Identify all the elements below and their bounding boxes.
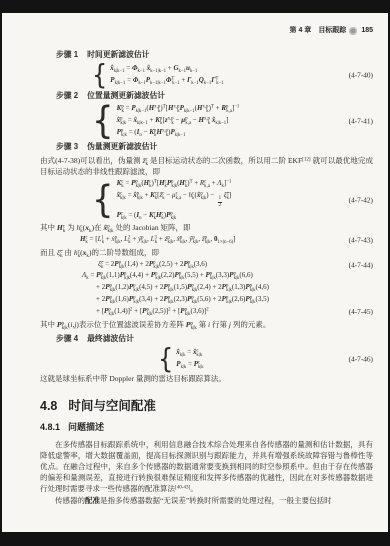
- equation-line: Λk = Ppk|k(1,1)Ppk|k(4,4) + Ppk|k(2,2)Pp…: [82, 271, 269, 281]
- equation-line: x̂pk|k = x̂k|k−1 + Kpk[zx,pk − μpk,a − H…: [117, 116, 240, 126]
- equation-line: x̂k|k−1 = Φk−1 x̂k−1|k−1 + Gk−1uk−1: [110, 64, 223, 74]
- left-brace: {: [158, 345, 173, 373]
- running-title: 目标跟踪: [318, 26, 346, 35]
- equation-4-7-45: Λk = Ppk|k(1,1)Ppk|k(4,4) + Ppk|k(2,2)Pp…: [40, 271, 373, 317]
- step-heading-3: 步骤 3伪量测更新滤波估计: [40, 142, 373, 152]
- equation-line: Hck = [L1k + ẋpk|k, L2k + ẏpk|k, L3k + ż…: [80, 235, 236, 245]
- step-heading-1: 步骤 1时间更新滤波估计: [40, 50, 373, 60]
- chapter-badge-icon: [349, 27, 357, 35]
- page-number: 185: [361, 26, 373, 35]
- screenshot-root: { "colors": { "frame_bg": "#131313", "pa…: [0, 0, 390, 546]
- page-content: 第 4 章 目标跟踪 185 步骤 1时间更新滤波估计 { x̂k|k−1 = …: [2, 13, 388, 532]
- equation-4-7-44: ξ̃ck = 2Ppk|k(1,4) + 2Ppk|k(2,5) + 2Ppk|…: [40, 260, 373, 270]
- equation-line: Pk|k−1 = Φk−1Pk−1|k−1ΦTk−1 + Γk−1Qk−1ΓTk…: [110, 76, 223, 86]
- step-label: 步骤 2: [56, 91, 78, 100]
- step-title: 时间更新滤波估计: [87, 50, 149, 59]
- equation-line: x̂ck|k = x̂pk|k + Kck[z̃ck − μck,a − hck…: [117, 191, 232, 208]
- left-brace: {: [92, 61, 107, 89]
- paragraph-pseudo-measurement: 由式(4-7-38)可以看出，伪量测 z̃ck 是目标运动状态的二次函数，所以用…: [40, 155, 373, 177]
- paragraph-problem-description-1: 在多传感器目标跟踪系统中，利用信息融合技术综合处理来自各传感器的量测和估计数据，…: [40, 439, 373, 494]
- equation-line: Kpk = Pk|k−1(Hx,pk)T[Hx,pkPk|k−1(Hx,pk)T…: [117, 104, 240, 114]
- left-brace: {: [92, 102, 114, 139]
- subsection-heading-4-8-1: 4.8.1 问题描述: [40, 422, 373, 433]
- equation-4-7-42: { Kck = Ppk|k(Hck)T[HckPpk|k(Hck)T + Rck…: [40, 179, 373, 220]
- equation-4-7-40: { x̂k|k−1 = Φk−1 x̂k−1|k−1 + Gk−1uk−1 Pk…: [40, 63, 373, 87]
- book-page: 第 4 章 目标跟踪 185 步骤 1时间更新滤波估计 { x̂k|k−1 = …: [2, 13, 388, 532]
- step-title: 伪量测更新滤波估计: [87, 142, 157, 151]
- step-label: 步骤 4: [56, 334, 78, 343]
- step-heading-4: 步骤 4最终滤波估计: [40, 334, 373, 344]
- equation-line: Pck|k = (In − KckHck)Ppk|k: [117, 211, 232, 221]
- equation-number: (4-7-46): [349, 353, 373, 364]
- equation-number: (4-7-43): [349, 235, 373, 246]
- section-heading-4-8: 4.8 时间与空间配准: [40, 399, 373, 414]
- equation-line: Pk|k = Pck|k: [176, 360, 203, 370]
- subsection-number: 4.8.1: [40, 422, 60, 433]
- paragraph-problem-description-2: 传感器的配准是指多传感器数据“无误差”转换时所需要的处理过程，一般主要包括时: [40, 495, 373, 506]
- step-label: 步骤 1: [56, 50, 78, 59]
- paragraph-doppler-conclusion: 这就是球坐标系中带 Doppler 量测的雷达目标跟踪算法。: [40, 373, 373, 384]
- page-header: 第 4 章 目标跟踪 185: [40, 26, 373, 35]
- equation-line: + [Ppk|k(1,4)]2 + [Ppk|k(2,5)]2 + [Ppk|k…: [82, 307, 269, 317]
- equation-line: ξ̃ck = 2Ppk|k(1,4) + 2Ppk|k(2,5) + 2Ppk|…: [98, 260, 207, 270]
- equation-4-7-46: { x̂k|k = x̂ck|k Pk|k = Pck|k (4-7-46): [40, 347, 373, 371]
- equation-number: (4-7-40): [349, 70, 373, 81]
- equation-line: Kck = Ppk|k(Hck)T[HckPpk|k(Hck)T + Rck,a…: [117, 179, 232, 189]
- paragraph-covariance-element: 其中 Ppk|k(i,j)表示位于位置滤波误差协方差阵 Ppk|k 第 i 行第…: [40, 319, 373, 330]
- equation-line: + 2Ppk|k(1,6)Ppk|k(3,4) + 2Ppk|k(2,3)Ppk…: [82, 295, 269, 305]
- step-label: 步骤 3: [56, 142, 78, 151]
- equation-4-7-41: { Kpk = Pk|k−1(Hx,pk)T[Hx,pkPk|k−1(Hx,pk…: [40, 104, 373, 138]
- equation-line: + 2Ppk|k(1,2)Ppk|k(4,5) + 2Ppk|k(1,5)Ppk…: [82, 283, 269, 293]
- equation-4-7-43: Hck = [L1k + ẋpk|k, L2k + ẏpk|k, L3k + ż…: [40, 235, 373, 245]
- chapter-label: 第 4 章: [290, 26, 312, 35]
- paragraph-jacobian: 其中 Hck 为 hck(xk)在 x̂pk|k 处的 Jacobian 矩阵，…: [40, 222, 373, 233]
- paragraph-second-derivative: 而且 ξ̃ck 由 hck(xk)的二阶导数组成，即: [40, 247, 373, 258]
- step-heading-2: 步骤 2位置量测更新滤波估计: [40, 91, 373, 101]
- equation-number: (4-7-44): [349, 259, 373, 270]
- equation-number: (4-7-41): [349, 116, 373, 127]
- equation-line: Ppk|k = (In − KpkHx,pk)Pk|k−1: [117, 128, 240, 138]
- section-number: 4.8: [40, 399, 57, 414]
- step-title: 最终滤波估计: [87, 334, 134, 343]
- section-title: 时间与空间配准: [68, 399, 156, 414]
- equation-number: (4-7-42): [349, 194, 373, 205]
- equation-number: (4-7-45): [349, 306, 373, 317]
- left-brace: {: [92, 181, 114, 218]
- subsection-title: 问题描述: [68, 422, 104, 433]
- equation-line: x̂k|k = x̂ck|k: [176, 348, 203, 358]
